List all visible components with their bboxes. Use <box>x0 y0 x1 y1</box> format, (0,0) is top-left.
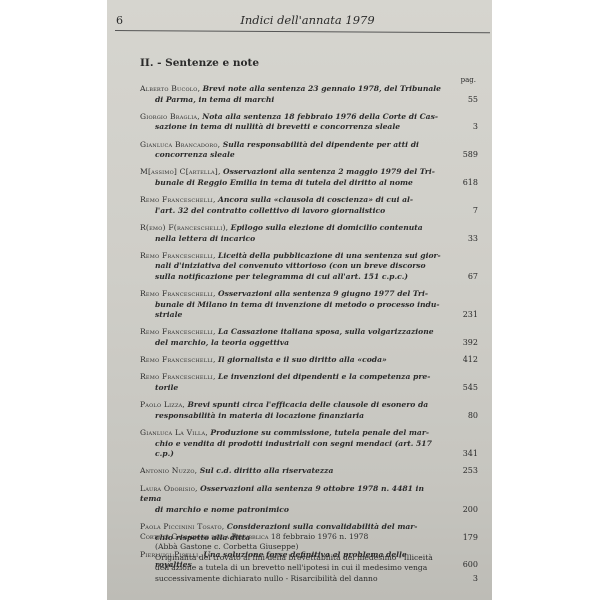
entry-title: Sulla responsabilità del dipendente per … <box>223 140 419 149</box>
entry-title: Epilogo sulla elezione di domicilio cont… <box>231 223 423 232</box>
index-entry: Remo Franceschelli, Liceità della pubbli… <box>140 251 478 283</box>
entry-author: Alberto Bucolo, <box>140 84 200 93</box>
entry-page-ref: 618 <box>463 178 478 189</box>
entry-author: Paolo Lizza, <box>140 400 185 409</box>
massima-text: Originalità del trovato ai fini della br… <box>155 553 433 583</box>
entry-title-continued: di Parma, in tema di marchi <box>140 95 442 106</box>
entry-page-ref: 7 <box>473 206 478 217</box>
entry-title-continued: sazione in tema di nullità di brevetti e… <box>140 122 442 133</box>
entry-title: La Cassazione italiana sposa, sulla volg… <box>218 327 434 336</box>
entry-page-ref: 545 <box>463 383 478 394</box>
entry-author: Remo Franceschelli, <box>140 372 216 381</box>
index-entry: Remo Franceschelli, Ancora sulla «clauso… <box>140 195 478 216</box>
entry-author: R(emo) F(ranceschelli), <box>140 223 228 232</box>
entry-title: Le invenzioni dei dipendenti e la compet… <box>218 372 430 381</box>
court-parties: (Abbà Gastone c. Corbetta Giuseppe) <box>140 542 478 552</box>
entry-page-ref: 231 <box>463 310 478 321</box>
entry-page-ref: 253 <box>463 466 478 477</box>
entry-page-ref: 341 <box>463 449 478 460</box>
index-entry: Remo Franceschelli, Osservazioni alla se… <box>140 289 478 321</box>
entry-title: Nota alla sentenza 18 febbraio 1976 dell… <box>202 112 438 121</box>
index-entry: Gianluca La Villa, Produzione su commiss… <box>140 428 478 460</box>
entry-author: Remo Franceschelli, <box>140 195 216 204</box>
court-massima: Originalità del trovato ai fini della br… <box>140 553 478 584</box>
running-title: Indici dell'annata 1979 <box>113 13 482 27</box>
index-entry: Giorgio Braglia, Nota alla sentenza 18 f… <box>140 112 478 133</box>
entry-title-continued: nali d'iniziativa del convenuto vittorio… <box>140 261 442 282</box>
entry-title-continued: torile <box>140 383 442 394</box>
entry-author: Remo Franceschelli, <box>140 355 216 364</box>
entry-title: Ancora sulla «clausola di coscienza» di … <box>218 195 413 204</box>
page-header: 6 Indici dell'annata 1979 <box>113 12 482 32</box>
index-entry: M[assimo] C[artella], Osservazioni alla … <box>140 167 478 188</box>
entry-page-ref: 200 <box>463 505 478 516</box>
entry-page-ref: 33 <box>468 234 478 245</box>
entry-title: Sul c.d. diritto alla riservatezza <box>200 466 334 475</box>
entry-author: Laura Odorisio, <box>140 484 198 493</box>
entry-author: Remo Franceschelli, <box>140 289 216 298</box>
index-entry: Paolo Lizza, Brevi spunti circa l'effica… <box>140 400 478 421</box>
court-date: 18 febbraio 1976 n. 1978 <box>271 532 368 541</box>
entry-title-continued: chio e vendita di prodotti industriali c… <box>140 439 442 460</box>
entry-title: Il giornalista e il suo diritto alla «co… <box>218 355 387 364</box>
entry-page-ref: 392 <box>463 338 478 349</box>
entry-page-ref: 589 <box>463 150 478 161</box>
index-entry: Alberto Bucolo, Brevi note alla sentenza… <box>140 84 478 105</box>
entry-title-continued: di marchio e nome patronimico <box>140 505 442 516</box>
index-entry: Laura Odorisio, Osservazioni alla senten… <box>140 484 478 516</box>
entry-author: M[assimo] C[artella], <box>140 167 221 176</box>
entry-title-continued: nella lettera di incarico <box>140 234 442 245</box>
court-page-ref: 3 <box>473 574 478 584</box>
entry-title: Brevi spunti circa l'efficacia delle cla… <box>187 400 428 409</box>
entry-page-ref: 412 <box>463 355 478 366</box>
entry-author: Gianluca La Villa, <box>140 428 208 437</box>
entry-title-continued: bunale di Reggio Emilia in tema di tutel… <box>140 178 442 189</box>
index-entry: Gianluca Brancadoro, Sulla responsabilit… <box>140 140 478 161</box>
entry-page-ref: 3 <box>473 122 478 133</box>
entry-title-continued: responsabilità in materia di locazione f… <box>140 411 442 422</box>
entry-title: Osservazioni alla sentenza 2 maggio 1979… <box>223 167 435 176</box>
entry-author: Gianluca Brancadoro, <box>140 140 220 149</box>
entry-title-continued: bunale di Milano in tema di invenzione d… <box>140 300 442 321</box>
court-entry: Corte di Cassazione della Repubblica 18 … <box>140 532 478 584</box>
entry-author: Antonio Nuzzo, <box>140 466 197 475</box>
entry-page-ref: 80 <box>468 411 478 422</box>
entry-page-ref: 67 <box>468 272 478 283</box>
entry-title: Considerazioni sulla convalidabilità del… <box>227 522 418 531</box>
entry-author: Giorgio Braglia, <box>140 112 200 121</box>
entry-title: Osservazioni alla sentenza 9 giugno 1977… <box>218 289 428 298</box>
entry-author: Remo Franceschelli, <box>140 251 216 260</box>
entries-list: Alberto Bucolo, Brevi note alla sentenza… <box>140 84 478 577</box>
entry-title-continued: l'art. 32 del contratto collettivo di la… <box>140 206 442 217</box>
entry-title: Produzione su commissione, tutela penale… <box>210 428 429 437</box>
index-entry: Remo Franceschelli, Le invenzioni dei di… <box>140 372 478 393</box>
index-entry: Remo Franceschelli, Il giornalista e il … <box>140 355 478 366</box>
entry-page-ref: 55 <box>468 95 478 106</box>
index-entry: Remo Franceschelli, La Cassazione italia… <box>140 327 478 348</box>
section-title: II. - Sentenze e note <box>140 57 259 69</box>
entry-title-continued: del marchio, la teoria oggettiva <box>140 338 442 349</box>
entry-title: Liceità della pubblicazione di una sente… <box>218 251 441 260</box>
entry-title: Brevi note alla sentenza 23 gennaio 1978… <box>203 84 441 93</box>
court-name: Corte di Cassazione della Repubblica <box>140 532 268 541</box>
entry-author: Paola Piccinini Tosato, <box>140 522 224 531</box>
index-entry: R(emo) F(ranceschelli), Epilogo sulla el… <box>140 223 478 244</box>
page-column-label: pag. <box>461 76 476 84</box>
entry-author: Remo Franceschelli, <box>140 327 216 336</box>
entry-title-continued: concorrenza sleale <box>140 150 442 161</box>
index-entry: Antonio Nuzzo, Sul c.d. diritto alla ris… <box>140 466 478 477</box>
document-page: 6 Indici dell'annata 1979 II. - Sentenze… <box>107 0 492 600</box>
